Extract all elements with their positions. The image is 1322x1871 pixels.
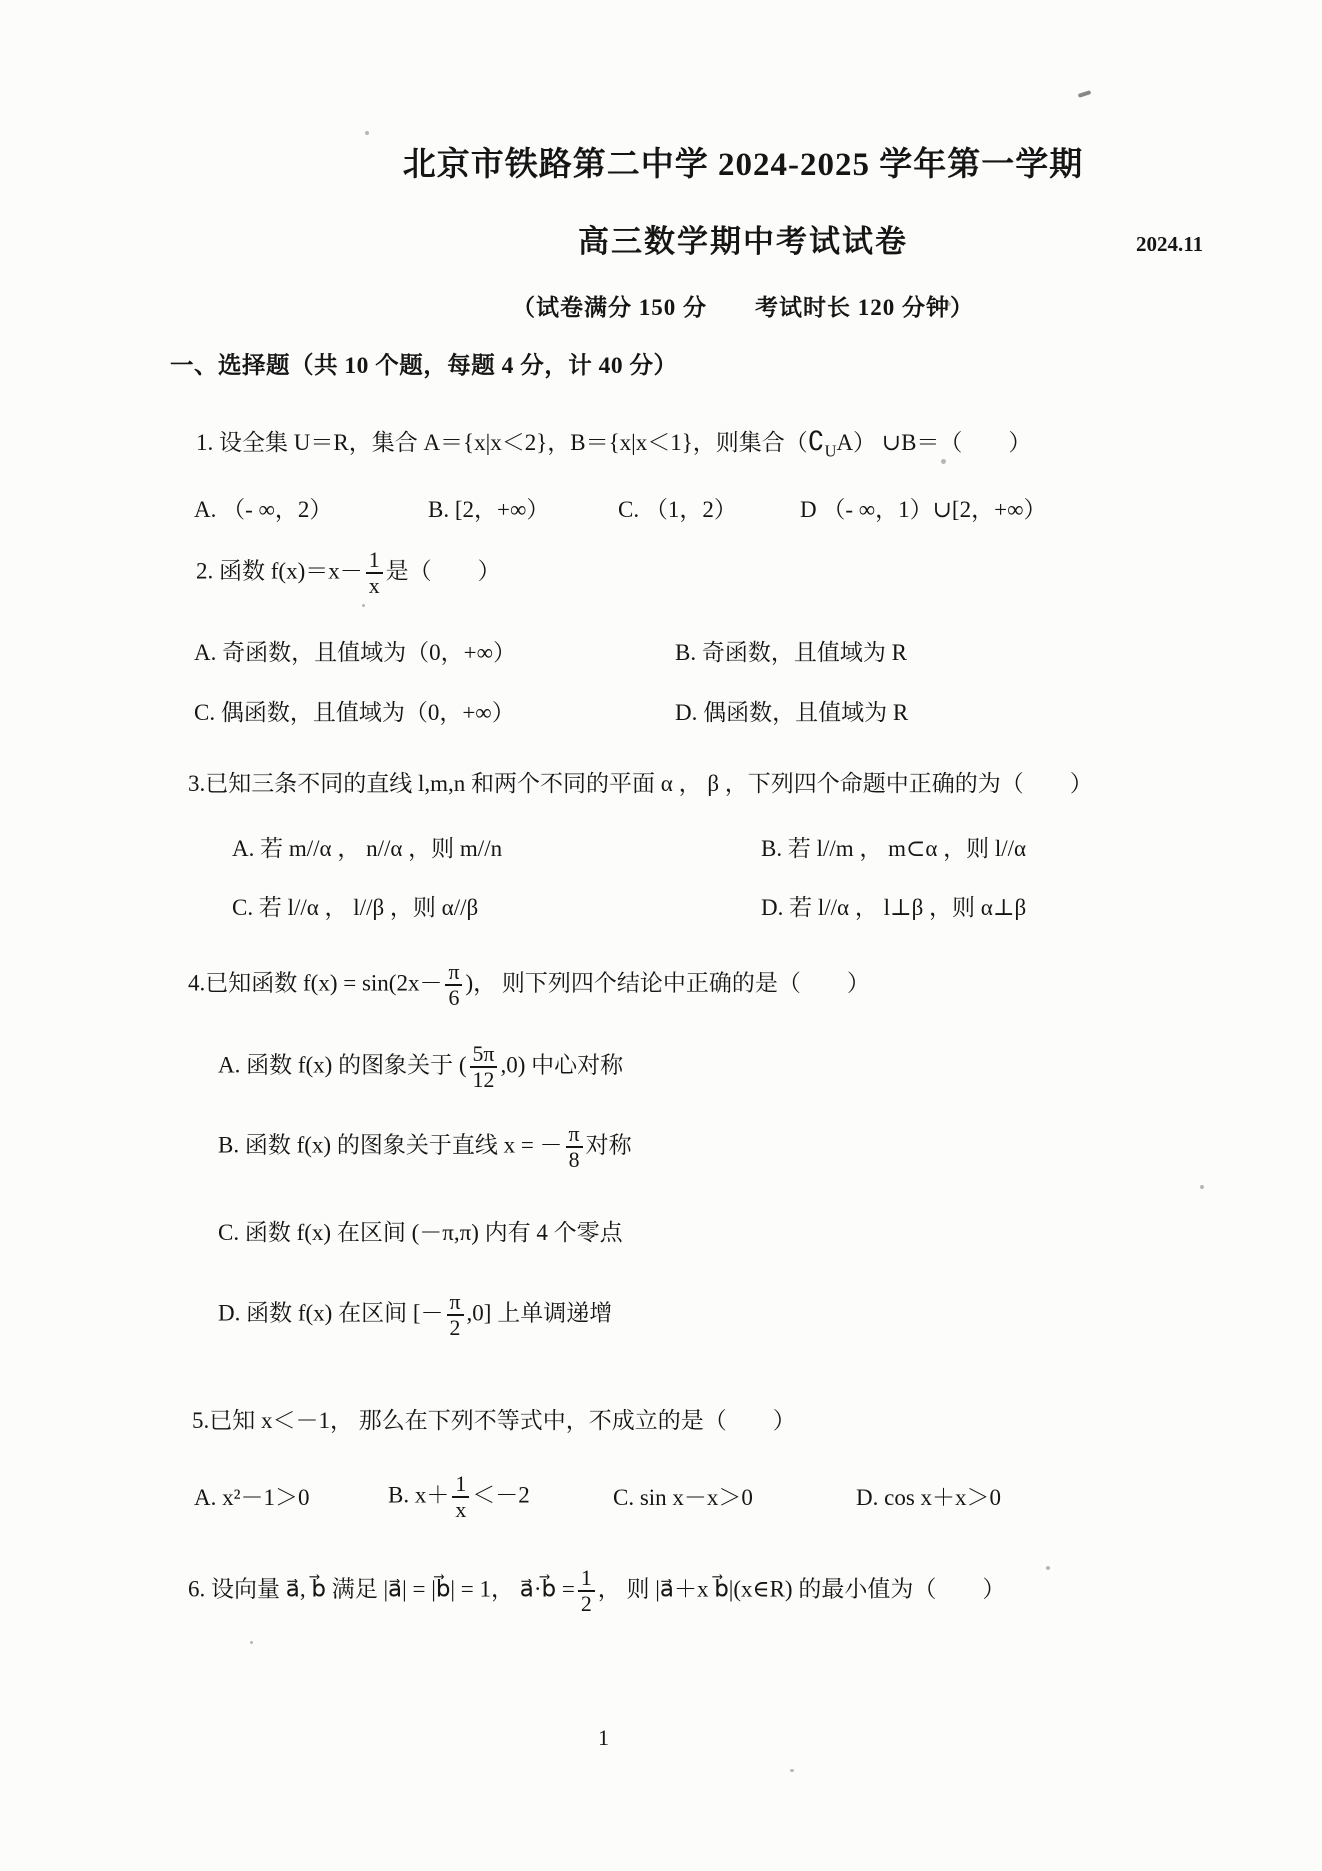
- fraction: 5π12: [470, 1042, 498, 1092]
- question-4-option-a: A. 函数 f(x) 的图象关于 (5π12,0) 中心对称: [218, 1042, 623, 1092]
- fraction: π2: [447, 1290, 464, 1340]
- question-1-option-c: C. （1，2）: [618, 495, 737, 525]
- question-5-option-b: B. x＋1x＜－2: [388, 1472, 530, 1522]
- question-4-option-b: B. 函数 f(x) 的图象关于直线 x = －π8对称: [218, 1122, 632, 1172]
- question-1-option-a: A. （- ∞，2）: [194, 495, 332, 525]
- question-1-option-b: B. [2，+∞）: [428, 495, 549, 525]
- fraction: π8: [566, 1122, 583, 1172]
- fraction: π6: [445, 960, 462, 1010]
- question-5-option-c: C. sin x－x＞0: [613, 1483, 753, 1513]
- question-4-stem: 4.已知函数 f(x) = sin(2x－π6)， 则下列四个结论中正确的是（ …: [188, 960, 870, 1010]
- question-5-option-a: A. x²－1＞0: [194, 1483, 310, 1513]
- section-heading: 一、选择题（共 10 个题，每题 4 分，计 40 分）: [170, 351, 678, 382]
- exam-info: （试卷满分 150 分 考试时长 120 分钟）: [82, 293, 1322, 323]
- scan-artifact: [1200, 1185, 1204, 1189]
- exam-school-term: 北京市铁路第二中学 2024-2025 学年第一学期: [403, 147, 1084, 183]
- fraction: 1x: [452, 1472, 469, 1522]
- page-title: 北京市铁路第二中学 2024-2025 学年第一学期: [82, 144, 1322, 187]
- question-2-option-b: B. 奇函数，且值域为 R: [675, 638, 907, 668]
- scan-artifact: [790, 1769, 794, 1772]
- question-3-option-d: D. 若 l//α ， l⊥β ，则 α⊥β: [761, 893, 1026, 923]
- scan-artifact: [250, 1641, 253, 1644]
- question-6-stem: 6. 设向量 a⃗, b⃗ 满足 |a⃗| = |b⃗| = 1， a⃗·b⃗ …: [188, 1566, 1005, 1616]
- scan-artifact: [365, 131, 369, 135]
- question-4-option-c: C. 函数 f(x) 在区间 (－π,π) 内有 4 个零点: [218, 1218, 623, 1248]
- scanned-exam-page: 北京市铁路第二中学 2024-2025 学年第一学期 高三数学期中考试试卷 20…: [0, 0, 1322, 1871]
- question-3-stem: 3.已知三条不同的直线 l,m,n 和两个不同的平面 α ， β ，下列四个命题…: [188, 769, 1093, 799]
- complement-symbol: ∁U: [808, 426, 837, 456]
- scan-artifact: [1078, 90, 1092, 98]
- question-1-option-d: D （- ∞，1）∪[2，+∞）: [800, 495, 1046, 525]
- question-2-option-a: A. 奇函数，且值域为（0，+∞）: [194, 638, 516, 668]
- exam-date: 2024.11: [1136, 231, 1203, 258]
- scan-artifact: [1046, 1566, 1050, 1570]
- question-3-option-c: C. 若 l//α ， l//β ，则 α//β: [232, 893, 478, 923]
- question-3-option-a: A. 若 m//α ， n//α ，则 m//n: [232, 834, 502, 864]
- question-3-option-b: B. 若 l//m ， m⊂α ，则 l//α: [761, 834, 1026, 864]
- question-2-stem: 2. 函数 f(x)＝x－1x是（ ）: [196, 548, 501, 598]
- question-2-option-c: C. 偶函数，且值域为（0，+∞）: [194, 698, 515, 728]
- page-number: 1: [598, 1724, 609, 1753]
- question-5-option-d: D. cos x＋x＞0: [856, 1483, 1001, 1513]
- scan-artifact: [362, 604, 365, 607]
- fraction: 1x: [366, 548, 383, 598]
- fraction: 12: [578, 1566, 595, 1616]
- question-4-option-d: D. 函数 f(x) 在区间 [－π2,0] 上单调递增: [218, 1290, 612, 1340]
- question-1-stem: 1. 设全集 U＝R，集合 A＝{x|x＜2}，B＝{x|x＜1}，则集合（∁U…: [196, 424, 1031, 462]
- question-5-stem: 5.已知 x＜－1， 那么在下列不等式中，不成立的是（ ）: [192, 1406, 796, 1436]
- question-2-option-d: D. 偶函数，且值域为 R: [675, 698, 908, 728]
